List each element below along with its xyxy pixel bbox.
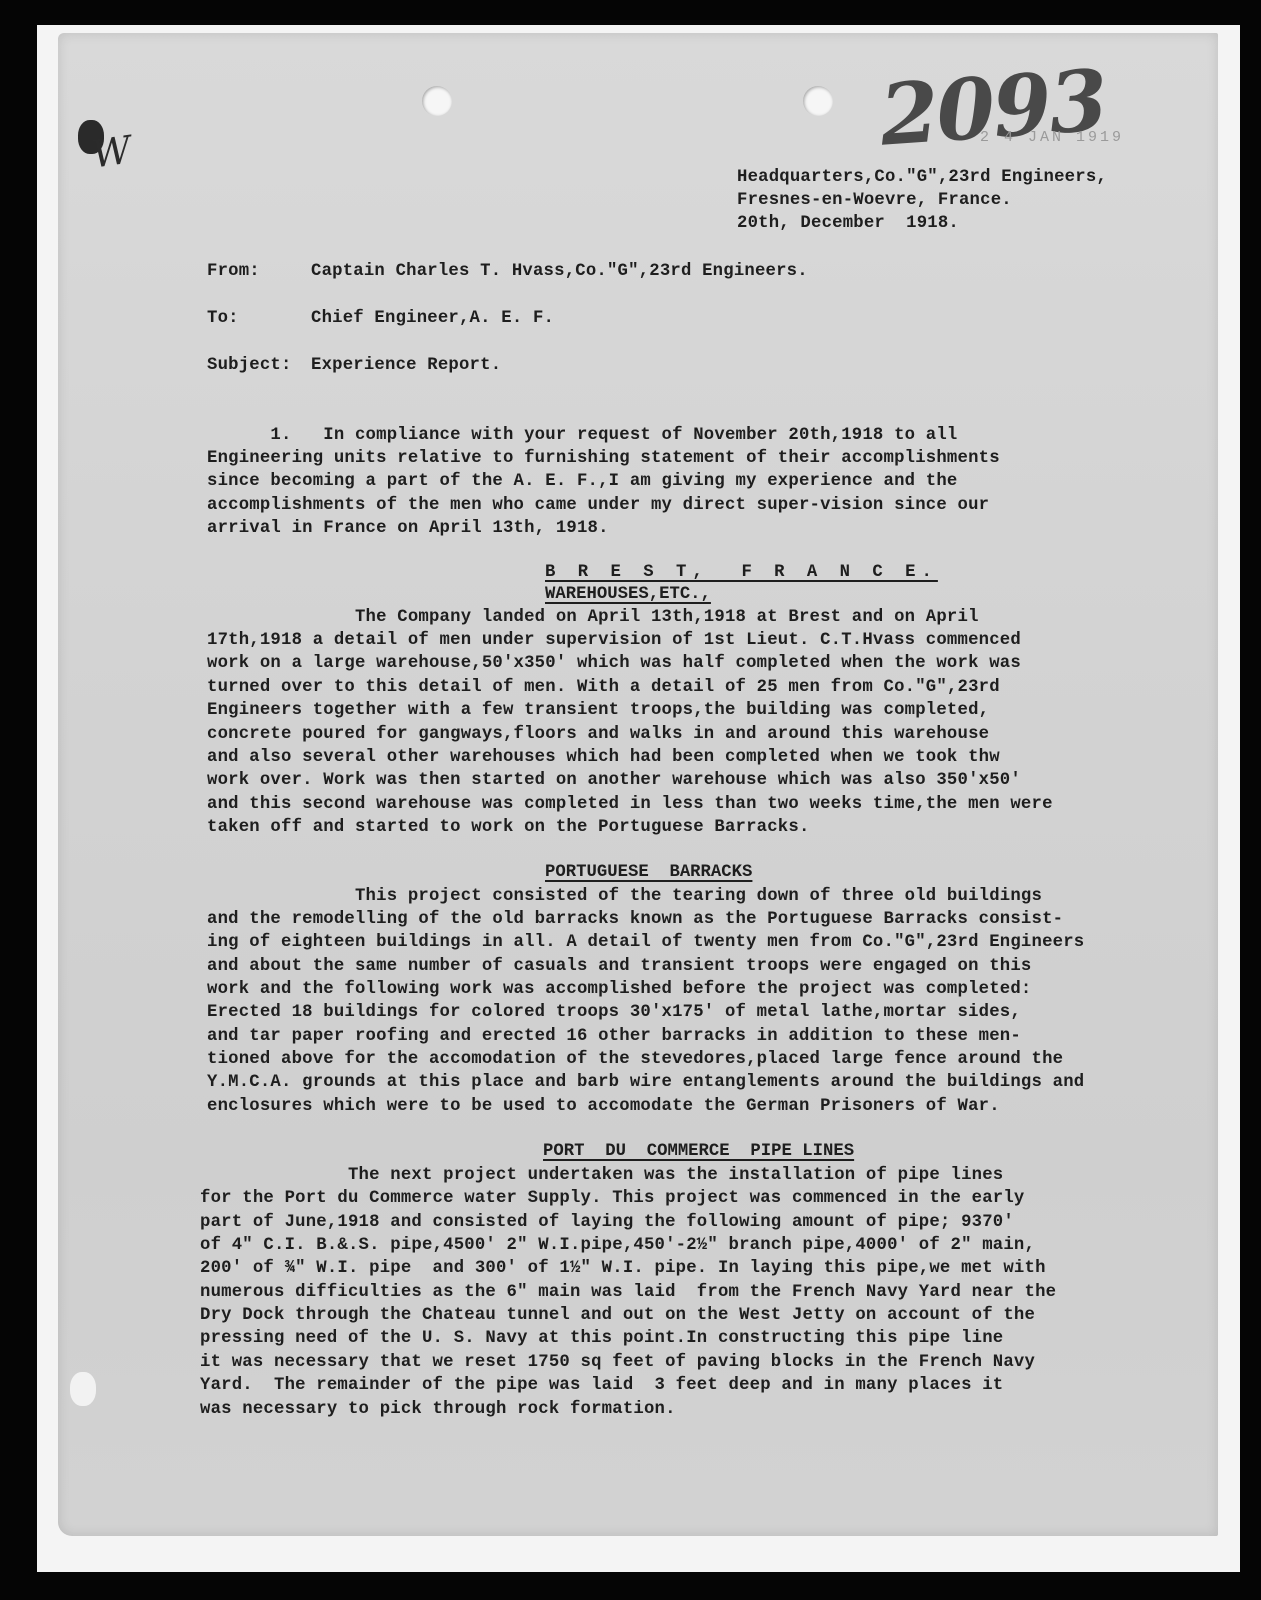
from-label: From: bbox=[207, 262, 260, 281]
punch-hole-top-left bbox=[422, 86, 452, 116]
handwritten-initials: W bbox=[89, 127, 134, 176]
text-line: numerous difficulties as the 6" main was… bbox=[200, 1283, 1056, 1302]
subject-value: Experience Report. bbox=[311, 356, 501, 375]
text-line: 200' of ¾" W.I. pipe and 300' of 1½" W.I… bbox=[200, 1259, 1046, 1278]
text-line: and also several other warehouses which … bbox=[207, 748, 1000, 767]
section-title: PORT DU COMMERCE PIPE LINES bbox=[543, 1142, 854, 1161]
section-subtitle: WAREHOUSES,ETC., bbox=[545, 585, 711, 604]
text-line: turned over to this detail of men. With … bbox=[207, 678, 1000, 697]
text-line: 17th,1918 a detail of men under supervis… bbox=[207, 631, 1021, 650]
text-line: Erected 18 buildings for colored troops … bbox=[207, 1003, 1021, 1022]
text-line: part of June,1918 and consisted of layin… bbox=[200, 1213, 1014, 1232]
text-line: Yard. The remainder of the pipe was laid… bbox=[200, 1376, 1003, 1395]
text-line: The next project undertaken was the inst… bbox=[200, 1166, 1003, 1185]
punch-hole-left-lower bbox=[70, 1372, 96, 1406]
handwritten-document-number: 2093 bbox=[877, 50, 1109, 165]
text-line: for the Port du Commerce water Supply. T… bbox=[200, 1189, 1025, 1208]
text-line: of 4" C.I. B.&.S. pipe,4500' 2" W.I.pipe… bbox=[200, 1236, 1035, 1255]
text-line: concrete poured for gangways,floors and … bbox=[207, 725, 989, 744]
section-title: B R E S T, F R A N C E. bbox=[545, 563, 938, 582]
from-value: Captain Charles T. Hvass,Co."G",23rd Eng… bbox=[311, 262, 808, 281]
text-line: tioned above for the accomodation of the… bbox=[207, 1050, 1063, 1069]
subject-label: Subject: bbox=[207, 356, 292, 375]
text-line: enclosures which were to be used to acco… bbox=[207, 1097, 1000, 1116]
text-line: Y.M.C.A. grounds at this place and barb … bbox=[207, 1073, 1084, 1092]
text-line: was necessary to pick through rock forma… bbox=[200, 1400, 676, 1419]
text-line: and this second warehouse was completed … bbox=[207, 795, 1053, 814]
section-title: PORTUGUESE BARRACKS bbox=[545, 863, 752, 882]
letterhead-line: 20th, December 1918. bbox=[737, 214, 959, 233]
text-line: and tar paper roofing and erected 16 oth… bbox=[207, 1027, 1021, 1046]
text-line: work on a large warehouse,50'x350' which… bbox=[207, 654, 1021, 673]
text-line: work over. Work was then started on anot… bbox=[207, 771, 1021, 790]
text-line: ing of eighteen buildings in all. A deta… bbox=[207, 933, 1084, 952]
to-label: To: bbox=[207, 309, 239, 328]
text-line: arrival in France on April 13th, 1918. bbox=[207, 519, 609, 538]
to-value: Chief Engineer,A. E. F. bbox=[311, 309, 554, 328]
text-line: and the remodelling of the old barracks … bbox=[207, 910, 1063, 929]
text-line: since becoming a part of the A. E. F.,I … bbox=[207, 472, 958, 491]
text-line: it was necessary that we reset 1750 sq f… bbox=[200, 1353, 1035, 1372]
text-line: taken off and started to work on the Por… bbox=[207, 818, 810, 837]
letterhead-line: Headquarters,Co."G",23rd Engineers, bbox=[737, 168, 1107, 187]
text-line: 1. In compliance with your request of No… bbox=[207, 426, 958, 445]
text-line: Engineers together with a few transient … bbox=[207, 701, 989, 720]
text-line: The Company landed on April 13th,1918 at… bbox=[207, 608, 979, 627]
text-line: This project consisted of the tearing do… bbox=[207, 887, 1042, 906]
punch-hole-top-right bbox=[803, 86, 833, 116]
text-line: accomplishments of the men who came unde… bbox=[207, 496, 989, 515]
text-line: Dry Dock through the Chateau tunnel and … bbox=[200, 1306, 1035, 1325]
letterhead-line: Fresnes-en-Woevre, France. bbox=[737, 191, 1012, 210]
text-line: work and the following work was accompli… bbox=[207, 980, 1032, 999]
text-line: Engineering units relative to furnishing… bbox=[207, 449, 1000, 468]
received-date-stamp: 2 4 JAN 1919 bbox=[980, 129, 1124, 146]
text-line: pressing need of the U. S. Navy at this … bbox=[200, 1329, 1003, 1348]
text-line: and about the same number of casuals and… bbox=[207, 957, 1032, 976]
